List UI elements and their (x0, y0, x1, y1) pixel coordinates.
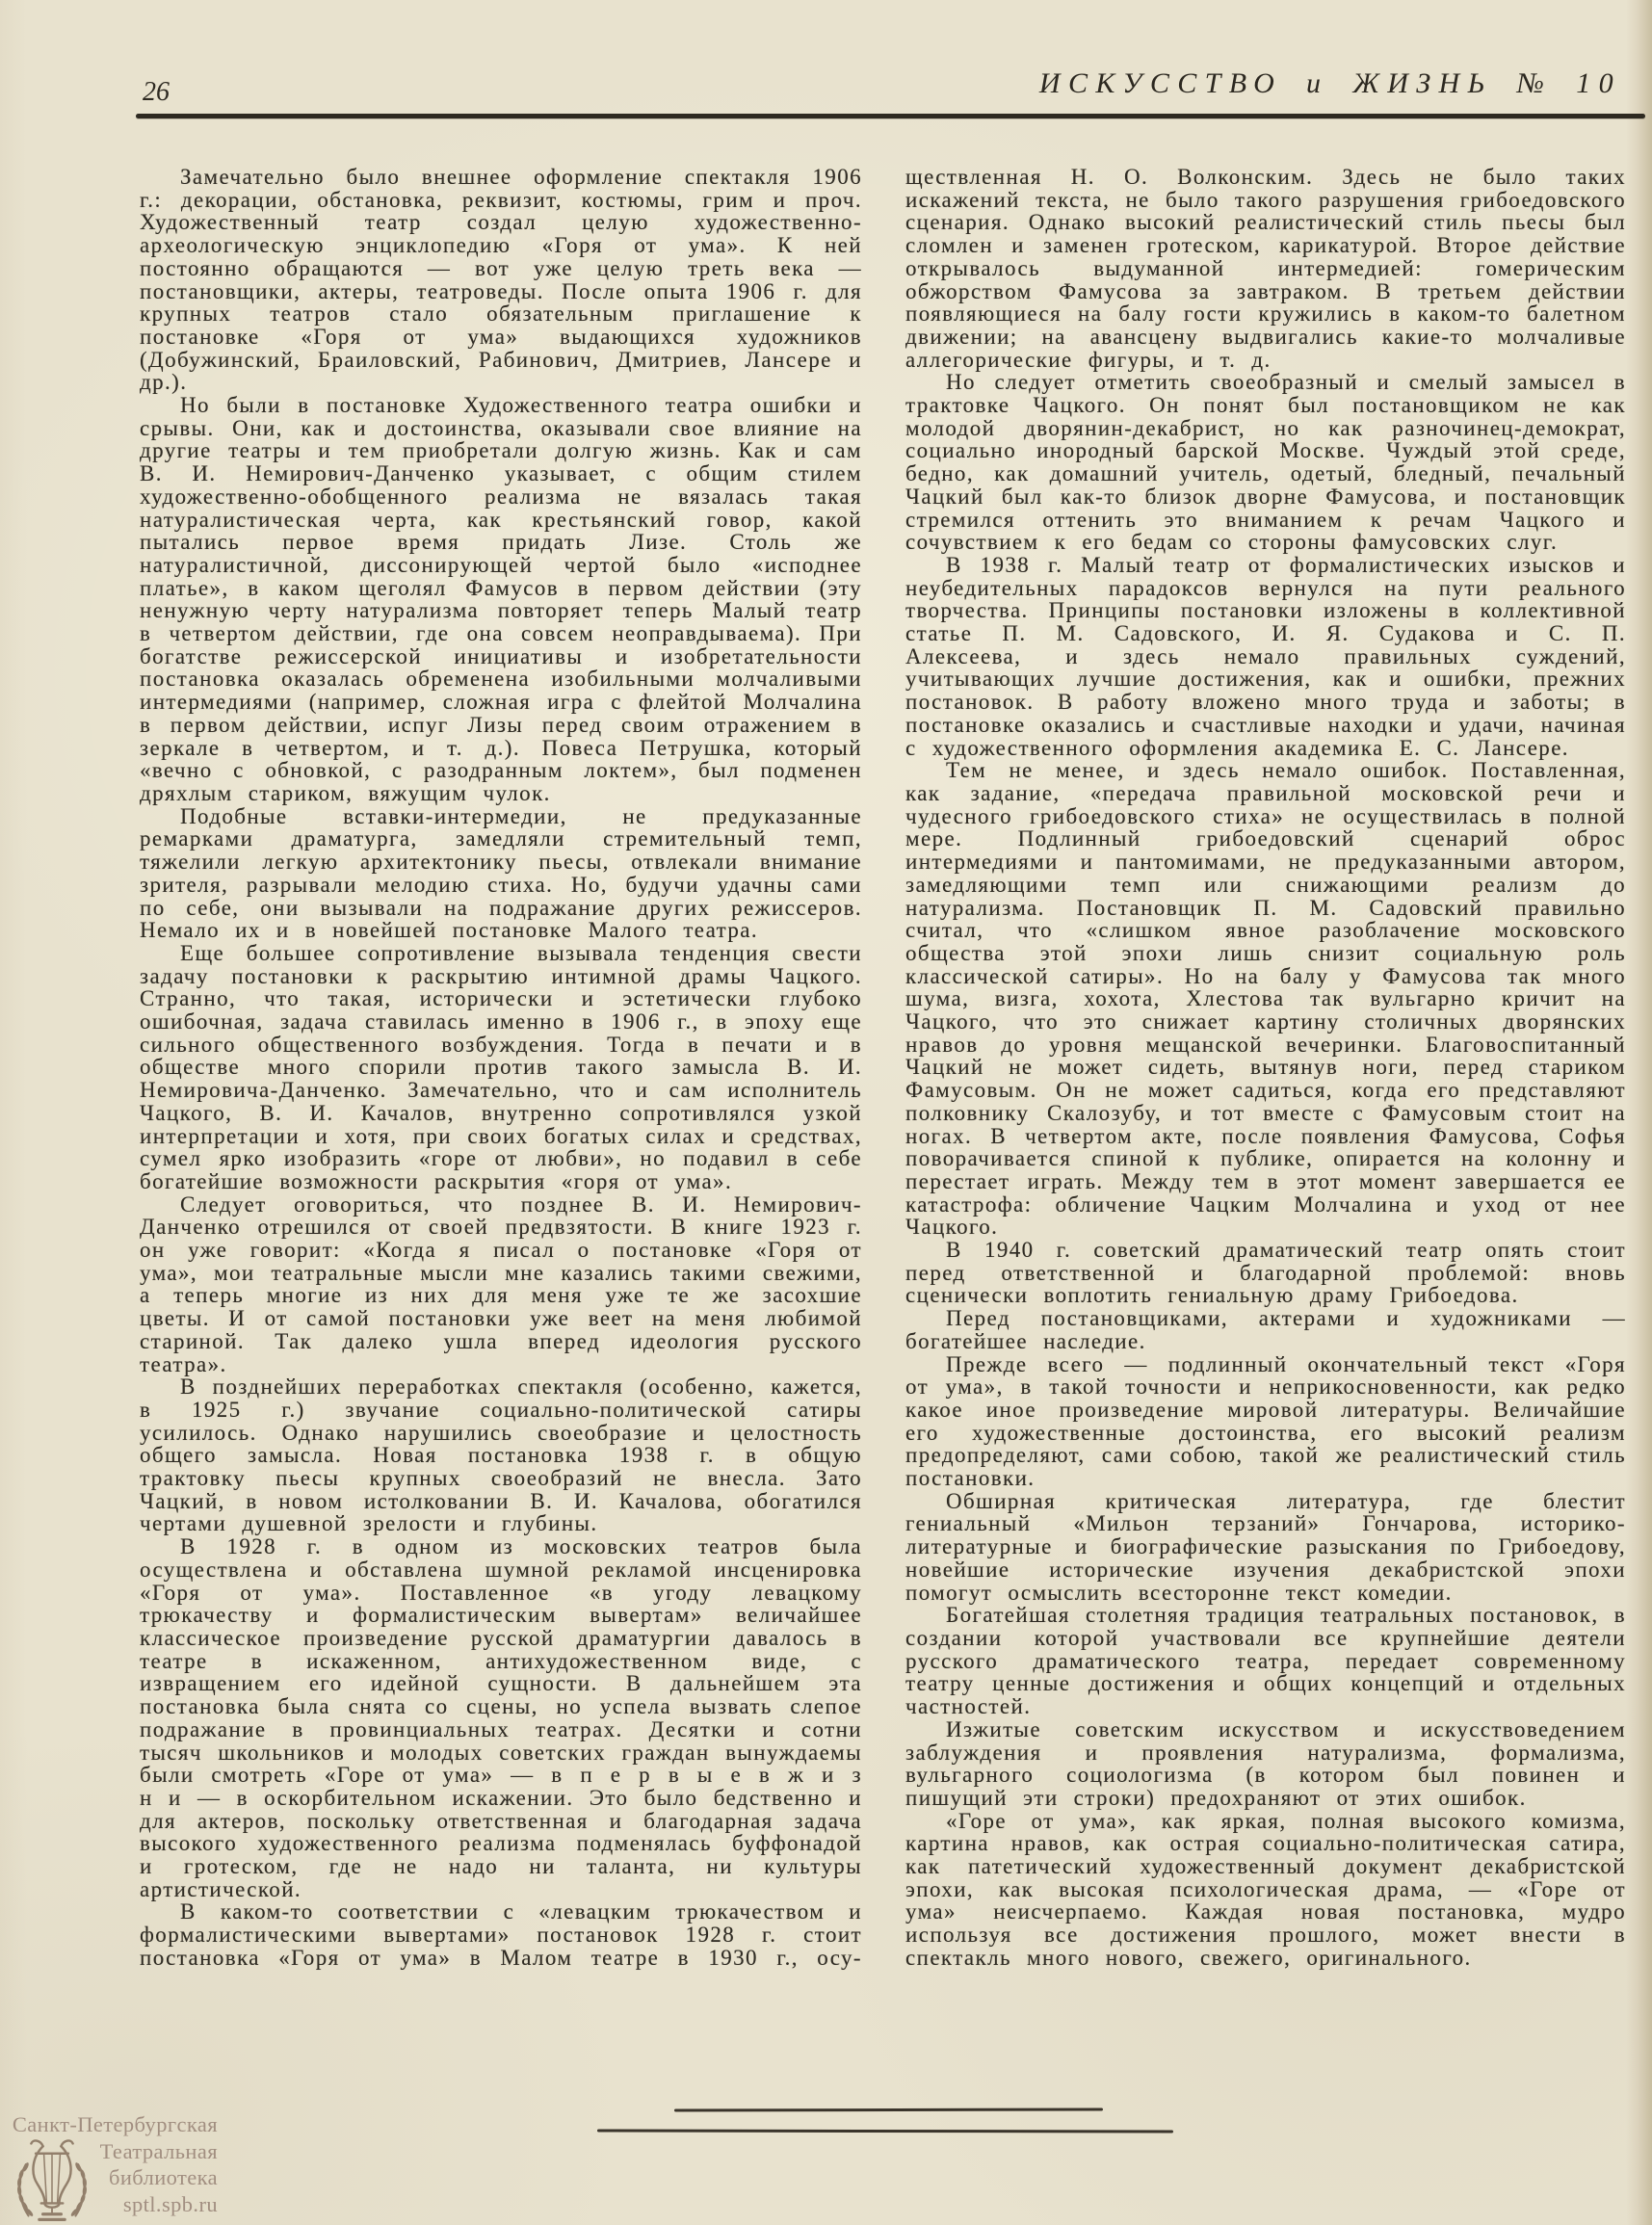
end-of-article-rule-bottom (597, 2129, 1173, 2133)
journal-title: ИСКУССТВО и ЖИЗНЬ № 10 (1039, 67, 1621, 100)
paragraph: «Горе от ума», как яркая, полная высоког… (905, 1810, 1626, 1970)
paragraph: Еще большее сопротивление вызывала тенде… (140, 942, 862, 1193)
paragraph: В 1940 г. советский драматический театр … (905, 1239, 1626, 1307)
paragraph: В позднейших переработках спектакля (осо… (140, 1375, 862, 1535)
paragraph: Но были в постановке Художественного теа… (140, 394, 862, 805)
end-of-article-rule-top (674, 2108, 1103, 2112)
paragraph: Обширная критическая литература, где бле… (905, 1490, 1626, 1605)
paragraph: В каком-то соответствии с «левацким трюк… (140, 1900, 862, 1969)
paragraph: ществленная Н. О. Волконским. Здесь не б… (905, 166, 1626, 371)
paragraph: Тем не менее, и здесь немало ошибок. Пос… (905, 759, 1626, 1239)
page-number: 26 (143, 77, 170, 108)
paragraph: Замечательно было внешнее оформление спе… (140, 166, 862, 394)
paragraph: Изжитые советским искусством и искусство… (905, 1718, 1626, 1810)
paragraph: В 1928 г. в одном из московских театров … (140, 1535, 862, 1900)
library-watermark: Санкт-ПетербургскаяТеатральнаябиблиотека… (10, 2111, 218, 2217)
paragraph: Прежде всего — подлинный окончательный т… (905, 1353, 1626, 1490)
header-rule (136, 114, 1645, 118)
paragraph: Подобные вставки-интермедии, не предуказ… (140, 805, 862, 942)
paragraph: Богатейшая столетняя традиция театральны… (905, 1604, 1626, 1718)
paragraph: Следует оговориться, что позднее В. И. Н… (140, 1193, 862, 1376)
article-right-column: ществленная Н. О. Волконским. Здесь не б… (905, 166, 1626, 2084)
lyre-laurel-icon (13, 2134, 91, 2225)
paragraph: Но следует отметить своеобразный и смелы… (905, 371, 1626, 554)
paragraph: В 1938 г. Малый театр от формалистически… (905, 554, 1626, 759)
article-left-column: Замечательно было внешнее оформление спе… (140, 166, 862, 2084)
paragraph: Перед постановщиками, актерами и художни… (905, 1307, 1626, 1352)
